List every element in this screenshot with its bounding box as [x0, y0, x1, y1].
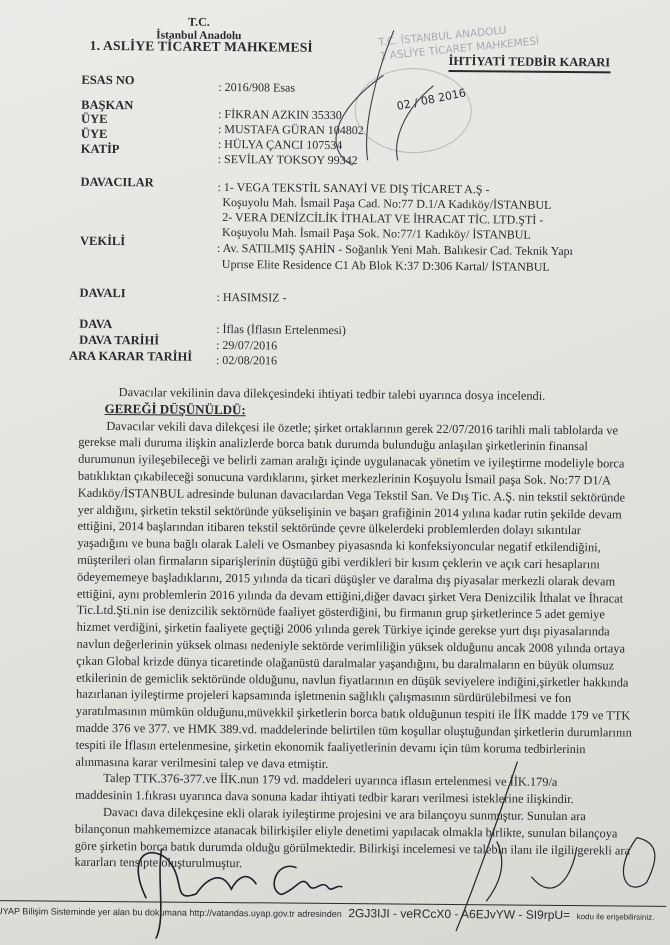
dava-label: DAVA — [79, 317, 112, 332]
baskan-value: : FİKRAN AZKIN 35330 — [218, 107, 342, 123]
document-page: T.C. İstanbul Anadolu 1. ASLİYE TİCARET … — [0, 0, 670, 945]
stamp-date: 02 / 08 2016 — [396, 86, 467, 113]
katip-value: : SEVİLAY TOKSOY 99342 — [218, 152, 358, 168]
dava-value: : İflas (İflasın Ertelenmesi) — [216, 322, 346, 338]
verification-code: 2GJ3IJI - veRCcX0 - A6EJvYW - SI9rpU= — [348, 906, 570, 922]
uye1-label: ÜYE — [81, 112, 108, 127]
round-seal-icon — [355, 68, 472, 153]
davali-value: : HASIMSIZ - — [216, 290, 286, 306]
vekili-line-1: : Av. SATILMIŞ ŞAHİN - Soğanlık Yeni Mah… — [217, 241, 573, 259]
uye1-value: : MUSTAFA GÜRAN 104802 — [218, 122, 364, 138]
uyap-footer: UYAP Bilişim Sisteminde yer alan bu doku… — [0, 903, 654, 923]
dava-tarihi-label: DAVA TARİHİ — [79, 333, 159, 349]
uye2-value: : HÜLYA ÇANCI 107534 — [218, 137, 343, 153]
document-title: İHTİYATİ TEDBİR KARARI — [448, 54, 610, 73]
ara-karar-tarihi-label: ARA KARAR TARİHİ — [69, 349, 192, 365]
katip-label: KATİP — [81, 142, 120, 157]
dava-tarihi-value: : 29/07/2016 — [216, 338, 277, 354]
decision-body: Davacılar vekilinin dava dilekçesindeki … — [75, 384, 670, 876]
court-name: 1. ASLİYE TİCARET MAHKEMESİ — [90, 38, 313, 56]
header-tc: T.C. — [99, 14, 299, 31]
davali-label: DAVALI — [79, 286, 125, 301]
esas-no-label: ESAS NO — [81, 73, 134, 88]
footer-prefix: UYAP Bilişim Sisteminde yer alan bu doku… — [0, 906, 342, 919]
paragraph-1: Davacılar vekili dava dilekçesi ile özet… — [75, 417, 670, 775]
ara-karar-tarihi-value: : 02/08/2016 — [216, 353, 277, 369]
paragraph-2: Talep TTK.376-377.ve İİK.nun 179 vd. mad… — [75, 770, 667, 809]
vekili-line-2: Uprıse Elite Residence C1 Ab Blok K:37 D… — [222, 257, 550, 275]
paragraph-3: Davacı dava dilekçesine ekli olarak iyil… — [75, 804, 668, 876]
esas-no-value: : 2016/908 Esas — [218, 80, 295, 96]
davacilar-line-4: Koşuyolu Mah. İsmail Paşa Sok. No:77/1 K… — [222, 225, 531, 243]
davacilar-label: DAVACILAR — [80, 175, 153, 191]
uye2-label: ÜYE — [81, 127, 108, 142]
vekili-label: VEKİLİ — [80, 234, 125, 249]
footer-suffix: kodu ile erişebilirsiniz. — [577, 912, 655, 922]
